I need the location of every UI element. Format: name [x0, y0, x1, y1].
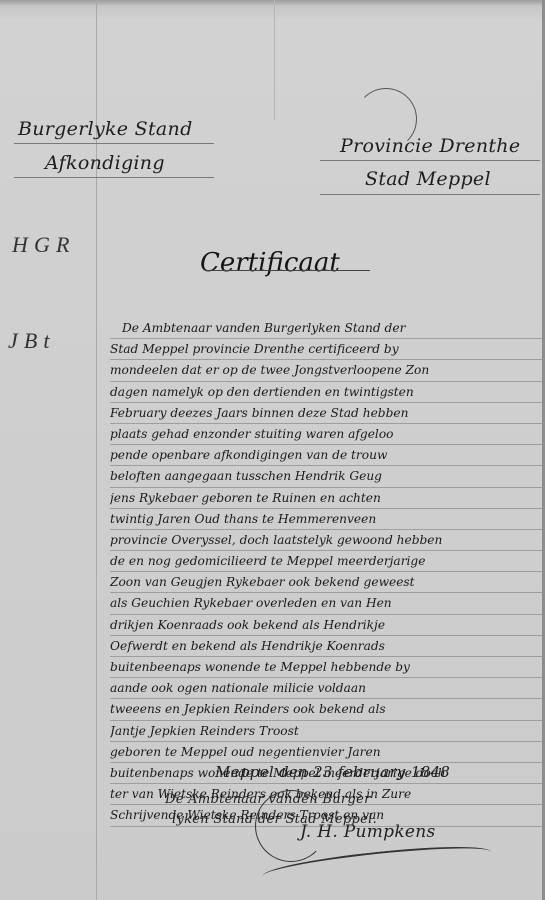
body-line: Jantje Jepkien Reinders Troost	[110, 721, 542, 742]
header-rule	[320, 194, 540, 195]
body-line: buitenbeenaps wonende te Meppel hebbende…	[110, 657, 542, 678]
header-right-line-2: Stad Meppel	[365, 168, 491, 190]
header-rule	[14, 143, 214, 144]
body-line: twintig Jaren Oud thans te Hemmerenveen	[110, 509, 542, 530]
body-line: beloften aangegaan tusschen Hendrik Geug	[110, 466, 542, 487]
body-line: mondeelen dat er op de twee Jongstverloo…	[110, 360, 542, 381]
body-line: dagen namelyk op den dertienden en twint…	[110, 382, 542, 403]
body-line: Oefwerdt en bekend als Hendrikje Koenrad…	[110, 636, 542, 657]
header-left-line-1: Burgerlyke Stand	[18, 118, 193, 140]
header-left-line-2: Afkondiging	[45, 152, 165, 174]
header-rule	[14, 177, 214, 178]
body-line: provincie Overyssel, doch laatstelyk gew…	[110, 530, 542, 551]
body-line: de en nog gedomicilieerd te Meppel meerd…	[110, 551, 542, 572]
header-right-line-1: Provincie Drenthe	[340, 135, 520, 157]
body-line: Zoon van Geugjen Rykebaer ook bekend gew…	[110, 572, 542, 593]
title-underline	[205, 270, 370, 271]
margin-note-2: J B t	[8, 328, 50, 354]
fold-crease	[274, 0, 275, 120]
body-line: drikjen Koenraads ook bekend als Hendrik…	[110, 615, 542, 636]
document-title: Certificaat	[200, 248, 340, 278]
body-line: tweeens en Jepkien Reinders ook bekend a…	[110, 699, 542, 720]
certificate-body: De Ambtenaar vanden Burgerlyken Stand de…	[110, 318, 542, 827]
certificate-page: Burgerlyke Stand Afkondiging Provincie D…	[0, 0, 545, 900]
body-line: aande ook ogen nationale milicie voldaan	[110, 678, 542, 699]
body-line: De Ambtenaar vanden Burgerlyken Stand de…	[110, 318, 542, 339]
body-line: pende openbare afkondigingen van de trou…	[110, 445, 542, 466]
body-line: jens Rykebaer geboren te Ruinen en achte…	[110, 488, 542, 509]
body-line: plaats gehad enzonder stuiting waren afg…	[110, 424, 542, 445]
date-line: Meppel den 23 february 1848	[215, 763, 450, 781]
body-line: geboren te Meppel oud negentienvier Jare…	[110, 742, 542, 763]
header-rule	[320, 160, 540, 161]
margin-note-1: H G R	[12, 232, 70, 258]
closing-line-1: De Ambtenaar vanden Burger	[165, 792, 535, 807]
body-line: als Geuchien Rykebaer overleden en van H…	[110, 593, 542, 614]
body-line: Stad Meppel provincie Drenthe certificee…	[110, 339, 542, 360]
body-line: February deezes Jaars binnen deze Stad h…	[110, 403, 542, 424]
signature: J. H. Pumpkens	[300, 822, 436, 842]
